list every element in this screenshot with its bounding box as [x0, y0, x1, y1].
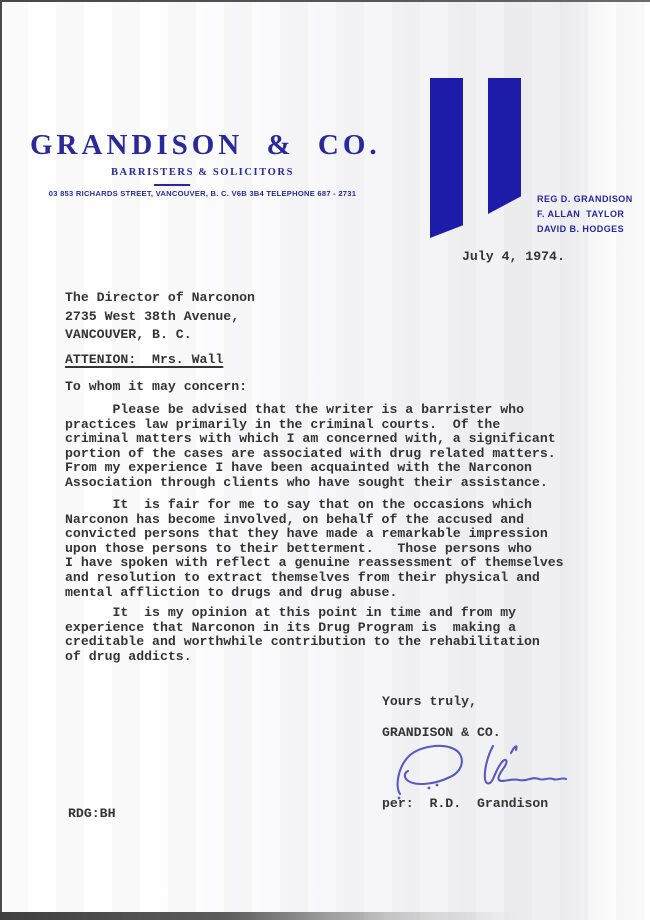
logo-bar-left: [430, 78, 463, 238]
closing-line: Yours truly,: [382, 694, 477, 709]
paragraph-3: It is my opinion at this point in time a…: [65, 606, 580, 664]
tagline-divider: [154, 184, 190, 186]
scanned-letter-page: GRANDISON & CO. BARRISTERS & SOLICITORS …: [0, 0, 650, 920]
letter-date: July 4, 1974.: [462, 249, 565, 264]
signed-by-line: per: R.D. Grandison: [382, 796, 548, 811]
paragraph-1: Please be advised that the writer is a b…: [65, 403, 580, 491]
partners-list: REG D. GRANDISON F. ALLAN TAYLOR DAVID B…: [537, 192, 633, 237]
salutation: To whom it may concern:: [65, 379, 247, 394]
attention-line: ATTENION: Mrs. Wall: [65, 352, 223, 367]
firm-address-line: 03 853 RICHARDS STREET, VANCOUVER, B. C.…: [30, 189, 375, 198]
handwritten-signature-icon: [392, 742, 570, 804]
scan-edge-top: [0, 0, 650, 2]
recipient-address: The Director of Narconon 2735 West 38th …: [65, 289, 255, 345]
logo-bar-right: [488, 78, 521, 214]
letterhead: GRANDISON & CO. BARRISTERS & SOLICITORS …: [30, 130, 375, 198]
typist-reference: RDG:BH: [68, 806, 115, 821]
firm-tagline: BARRISTERS & SOLICITORS: [30, 167, 375, 178]
paragraph-2: It is fair for me to say that on the occ…: [65, 498, 580, 600]
company-signoff: GRANDISON & CO.: [382, 725, 501, 740]
firm-logo-bars-icon: [430, 78, 522, 238]
scan-edge-bottom: [0, 912, 650, 920]
scan-edge-left: [0, 0, 2, 920]
firm-name: GRANDISON & CO.: [30, 130, 375, 160]
